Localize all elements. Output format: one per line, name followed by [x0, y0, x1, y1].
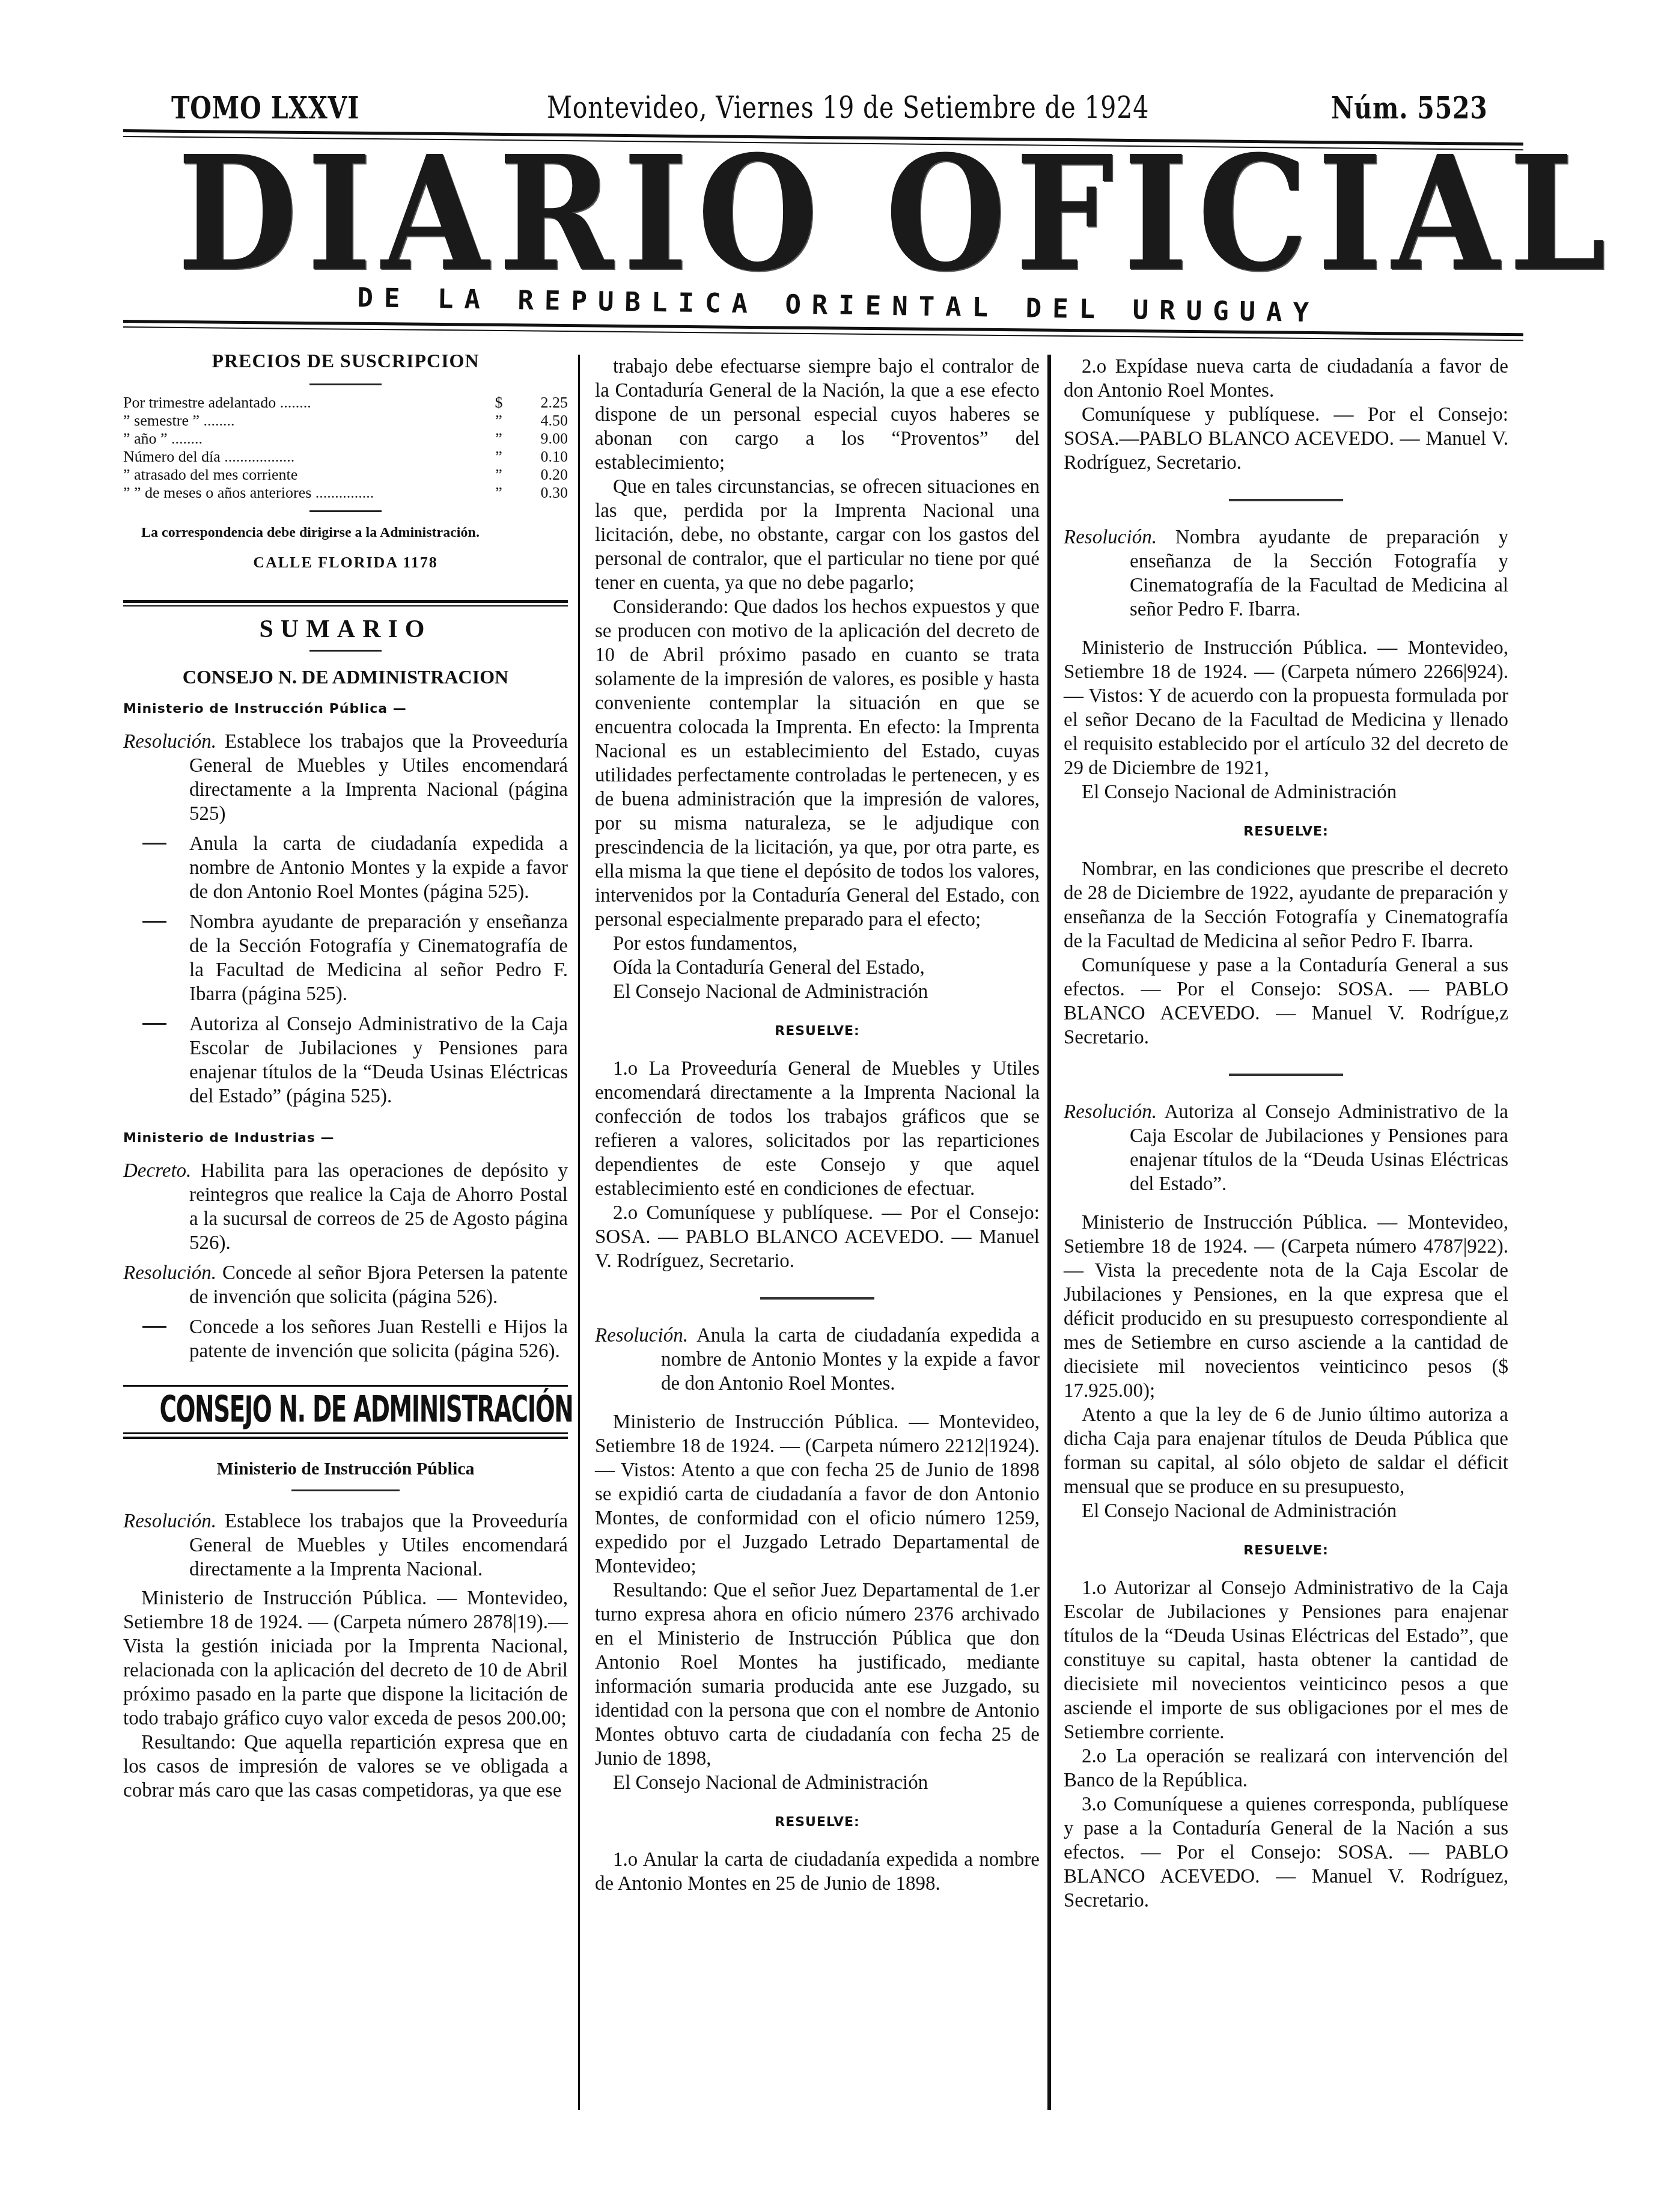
summary-entry: Decreto. Habilita para las operaciones d… — [123, 1159, 568, 1255]
article-4-summary-text: Autoriza al Consejo Administrativo de la… — [1130, 1101, 1508, 1195]
summary-entry-text: Autoriza al Consejo Administrativo de la… — [189, 1013, 568, 1107]
price-currency: ” — [484, 484, 514, 502]
price-currency: ” — [484, 412, 514, 430]
price-row: ” semestre ” ........”4.50 — [123, 412, 568, 430]
article-2-summary: Resolución. Anula la carta de ciudadanía… — [595, 1324, 1040, 1396]
summary-entry-type: Decreto. — [123, 1160, 191, 1182]
article-separator — [1229, 499, 1343, 501]
price-currency: ” — [484, 448, 514, 466]
article-1-lead: Resolución. — [123, 1511, 216, 1532]
article-2-lead: Resolución. — [595, 1325, 688, 1346]
summary-entry-text: Concede a los señores Juan Restelli e Hi… — [189, 1316, 568, 1362]
article-1-summary: Resolución. Establece los trabajos que l… — [123, 1509, 568, 1581]
dateline: Montevideo, Viernes 19 de Setiembre de 1… — [547, 90, 1149, 125]
price-row: Por trimestre adelantado ........$2.25 — [123, 394, 568, 412]
column-2: trabajo debe efectuarse siempre bajo el … — [595, 355, 1040, 1896]
subscription-prices-heading: PRECIOS DE SUSCRIPCION — [123, 349, 568, 373]
resolves-heading: RESUELVE: — [595, 1019, 1040, 1043]
divider — [309, 383, 382, 385]
price-label: ” año ” ........ — [123, 430, 484, 448]
summary-entry-text: Habilita para las operaciones de depósit… — [189, 1160, 568, 1254]
price-label: Por trimestre adelantado ........ — [123, 394, 484, 412]
summary-ministry-heading: Ministerio de Instrucción Pública — — [123, 697, 568, 721]
summary-entry: Resolución. Establece los trabajos que l… — [123, 730, 568, 826]
dash-marker — [142, 843, 166, 845]
article-4-summary: Resolución. Autoriza al Consejo Administ… — [1064, 1100, 1508, 1196]
summary-entry-type: Resolución. — [123, 731, 216, 753]
summary-entry: Autoriza al Consejo Administrativo de la… — [123, 1012, 568, 1108]
summary-heading: SUMARIO — [123, 617, 568, 641]
resolution-item: 1.o Anular la carta de ciudadanía expedi… — [595, 1848, 1040, 1896]
summary-entry-type: Resolución. — [123, 1262, 216, 1284]
summary-entry-text: Establece los trabajos que la Proveedurí… — [189, 731, 568, 825]
resolution-item: 2.o Comuníquese y publíquese. — Por el C… — [595, 1201, 1040, 1273]
price-currency: $ — [484, 394, 514, 412]
price-row: Número del día ..................”0.10 — [123, 448, 568, 466]
resolution-item: 3.o Comuníquese a quienes corresponda, p… — [1064, 1792, 1508, 1913]
article-paragraph: El Consejo Nacional de Administración — [1064, 1499, 1508, 1523]
office-address: CALLE FLORIDA 1178 — [123, 551, 568, 575]
price-amount: 0.10 — [514, 448, 568, 466]
resolution-item: Nombrar, en las condiciones que prescrib… — [1064, 857, 1508, 953]
summary-entry-text: Anula la carta de ciudadanía expedida a … — [189, 833, 568, 903]
article-paragraph: El Consejo Nacional de Administración — [595, 1771, 1040, 1795]
summary-ministry-heading: Ministerio de Industrias — — [123, 1126, 568, 1150]
summary-entry: Concede a los señores Juan Restelli e Hi… — [123, 1315, 568, 1363]
resolution-item: Comuníquese y pase a la Contaduría Gener… — [1064, 953, 1508, 1049]
article-paragraph: Considerando: Que dados los hechos expue… — [595, 595, 1040, 932]
summary-section-heading: CONSEJO N. DE ADMINISTRACION — [123, 665, 568, 689]
price-amount: 0.30 — [514, 484, 568, 502]
article-separator — [1229, 1074, 1343, 1076]
resolves-heading: RESUELVE: — [1064, 820, 1508, 844]
article-paragraph: El Consejo Nacional de Administración — [595, 980, 1040, 1004]
resolution-item: 1.o La Proveeduría General de Muebles y … — [595, 1057, 1040, 1201]
dash-marker — [142, 921, 166, 923]
article-3-summary-text: Nombra ayudante de preparación y enseñan… — [1130, 527, 1508, 620]
article-paragraph: trabajo debe efectuarse siempre bajo el … — [595, 355, 1040, 475]
price-row: ” año ” ........”9.00 — [123, 430, 568, 448]
article-separator — [760, 1297, 874, 1300]
article-paragraph: Ministerio de Instrucción Pública. — Mon… — [1064, 636, 1508, 780]
price-amount: 0.20 — [514, 466, 568, 484]
resolution-item: 2.o La operación se realizará con interv… — [1064, 1744, 1508, 1792]
article-4-lead: Resolución. — [1064, 1101, 1157, 1123]
column-divider-left — [578, 355, 580, 2110]
column-divider-right — [1047, 355, 1051, 2110]
article-paragraph: Ministerio de Instrucción Pública. — Mon… — [595, 1410, 1040, 1578]
section-banner: CONSEJO N. DE ADMINISTRACIÓN — [159, 1398, 531, 1422]
dash-marker — [142, 1326, 166, 1328]
price-currency: ” — [484, 466, 514, 484]
summary-entry-text: Nombra ayudante de preparación y enseñan… — [189, 911, 568, 1005]
price-amount: 4.50 — [514, 412, 568, 430]
price-row: ” ” de meses o años anteriores .........… — [123, 484, 568, 502]
article-paragraph: Resultando: Que aquella repartición expr… — [123, 1731, 568, 1803]
article-paragraph: Atento a que la ley de 6 de Junio último… — [1064, 1403, 1508, 1499]
column-3: 2.o Expídase nueva carta de ciudadanía a… — [1064, 355, 1508, 1913]
article-1-summary-text: Establece los trabajos que la Proveedurí… — [189, 1511, 568, 1580]
resolves-heading: RESUELVE: — [1064, 1539, 1508, 1563]
article-3-lead: Resolución. — [1064, 527, 1157, 548]
article-2-summary-text: Anula la carta de ciudadanía expedida a … — [661, 1325, 1040, 1395]
banner-rule-bottom-thick — [123, 1437, 568, 1439]
subscription-price-table: Por trimestre adelantado ........$2.25” … — [123, 394, 568, 502]
ministry-heading: Ministerio de Instrucción Pública — [123, 1457, 568, 1481]
article-paragraph: Ministerio de Instrucción Pública. — Mon… — [1064, 1211, 1508, 1403]
resolves-heading: RESUELVE: — [595, 1810, 1040, 1835]
price-currency: ” — [484, 430, 514, 448]
price-amount: 2.25 — [514, 394, 568, 412]
summary-group-industrias: Ministerio de Industrias — Decreto. Habi… — [123, 1126, 568, 1363]
article-paragraph: Por estos fundamentos, — [595, 932, 1040, 956]
price-label: Número del día .................. — [123, 448, 484, 466]
correspondence-note: La correspondencia debe dirigirse a la A… — [123, 521, 568, 545]
article-paragraph: Ministerio de Instrucción Pública. — Mon… — [123, 1586, 568, 1731]
summary-entry: Anula la carta de ciudadanía expedida a … — [123, 832, 568, 904]
newspaper-title: DIARIO OFICIAL — [177, 141, 1320, 286]
price-label: ” atrasado del mes corriente — [123, 466, 484, 484]
divider — [309, 650, 382, 652]
article-paragraph: Oída la Contaduría General del Estado, — [595, 956, 1040, 980]
article-3-summary: Resolución. Nombra ayudante de preparaci… — [1064, 525, 1508, 622]
price-amount: 9.00 — [514, 430, 568, 448]
price-label: ” ” de meses o años anteriores .........… — [123, 484, 484, 502]
summary-entry: Nombra ayudante de preparación y enseñan… — [123, 910, 568, 1006]
summary-group-instruccion: Ministerio de Instrucción Pública — Reso… — [123, 697, 568, 1108]
section-rule — [123, 600, 568, 603]
divider — [291, 1489, 400, 1491]
article-paragraph: Resultando: Que el señor Juez Departamen… — [595, 1578, 1040, 1771]
dash-marker — [142, 1023, 166, 1025]
banner-rule-bottom — [123, 1432, 568, 1434]
summary-entry: Resolución. Concede al señor Bjora Peter… — [123, 1261, 568, 1309]
price-row: ” atrasado del mes corriente”0.20 — [123, 466, 568, 484]
divider — [309, 510, 382, 512]
price-label: ” semestre ” ........ — [123, 412, 484, 430]
section-rule-thin — [123, 605, 568, 606]
summary-entry-text: Concede al señor Bjora Petersen la paten… — [189, 1262, 568, 1308]
column-1: PRECIOS DE SUSCRIPCION Por trimestre ade… — [123, 349, 568, 1803]
article-paragraph: Que en tales circunstancias, se ofrecen … — [595, 475, 1040, 595]
banner-rule-top — [123, 1385, 568, 1387]
resolution-item: Comuníquese y publíquese. — Por el Conse… — [1064, 403, 1508, 475]
article-paragraph: El Consejo Nacional de Administración — [1064, 780, 1508, 804]
resolution-item: 2.o Expídase nueva carta de ciudadanía a… — [1064, 355, 1508, 403]
resolution-item: 1.o Autorizar al Consejo Administrativo … — [1064, 1576, 1508, 1744]
